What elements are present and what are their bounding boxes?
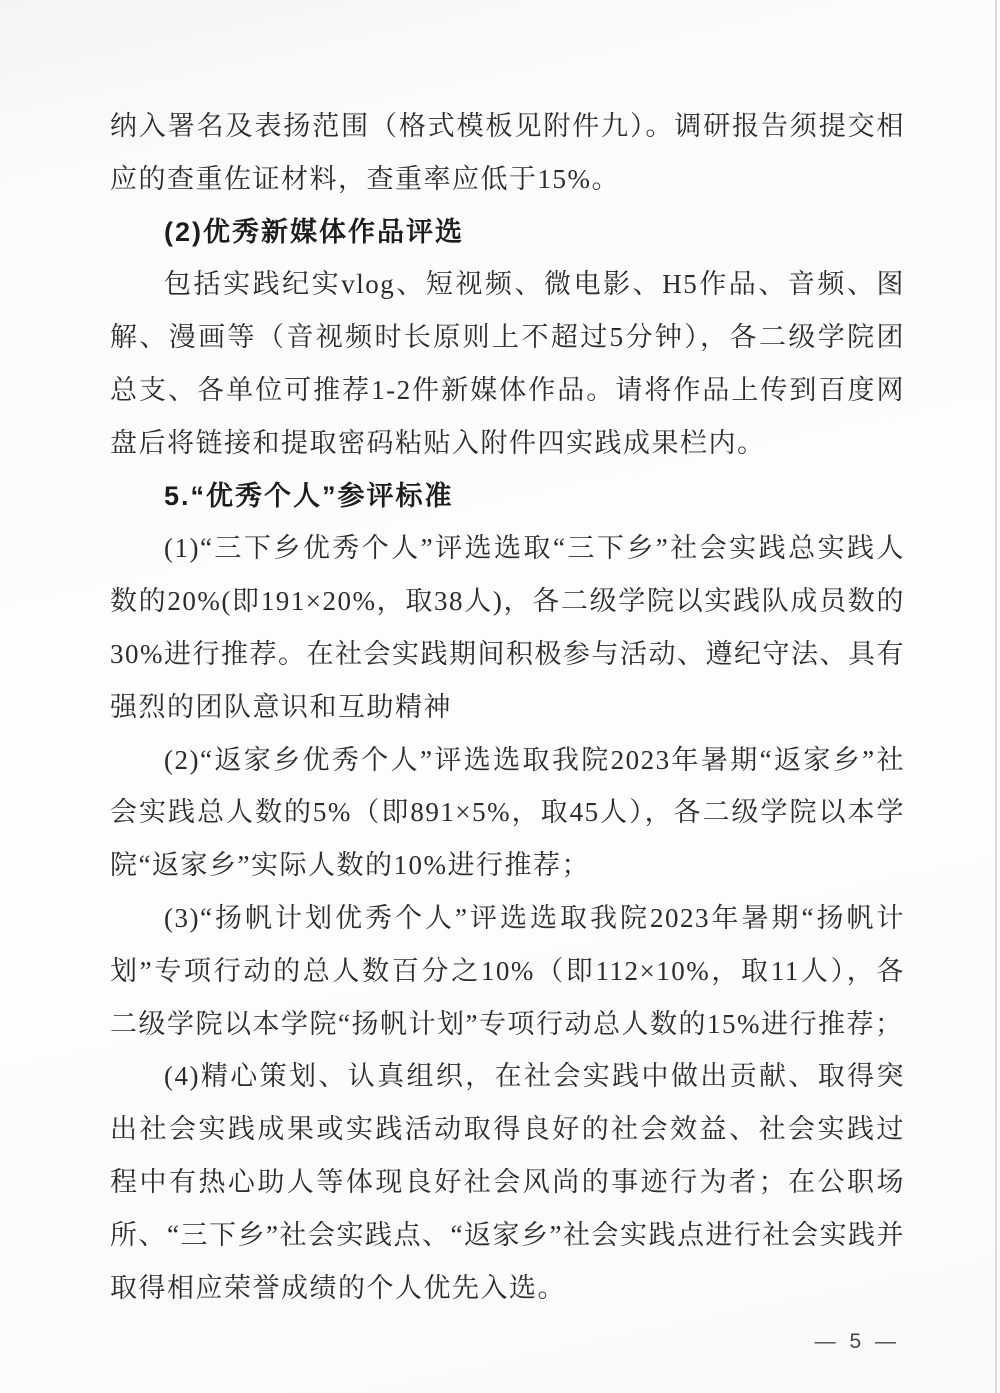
page-edge-line: [995, 0, 997, 1393]
paragraph-continuation: 纳入署名及表扬范围（格式模板见附件九）。调研报告须提交相应的查重佐证材料，查重率…: [110, 100, 905, 206]
paragraph-new-media-details: 包括实践纪实vlog、短视频、微电影、H5作品、音频、图解、漫画等（音视频时长原…: [110, 258, 905, 469]
section-heading-new-media-awards: (2)优秀新媒体作品评选: [110, 206, 905, 259]
paragraph-criteria-item-1: (1)“三下乡优秀个人”评选选取“三下乡”社会实践总实践人数的20%(即191×…: [110, 522, 905, 733]
section-heading-outstanding-individual-criteria: 5.“优秀个人”参评标准: [110, 470, 905, 523]
paragraph-criteria-item-3: (3)“扬帆计划优秀个人”评选选取我院2023年暑期“扬帆计划”专项行动的总人数…: [110, 892, 905, 1050]
document-body: 纳入署名及表扬范围（格式模板见附件九）。调研报告须提交相应的查重佐证材料，查重率…: [110, 100, 905, 1314]
page-number: — 5 —: [815, 1330, 900, 1354]
paragraph-criteria-item-4: (4)精心策划、认真组织，在社会实践中做出贡献、取得突出社会实践成果或实践活动取…: [110, 1050, 905, 1314]
document-page: 纳入署名及表扬范围（格式模板见附件九）。调研报告须提交相应的查重佐证材料，查重率…: [0, 0, 1000, 1393]
paragraph-criteria-item-2: (2)“返家乡优秀个人”评选选取我院2023年暑期“返家乡”社会实践总人数的5%…: [110, 734, 905, 892]
